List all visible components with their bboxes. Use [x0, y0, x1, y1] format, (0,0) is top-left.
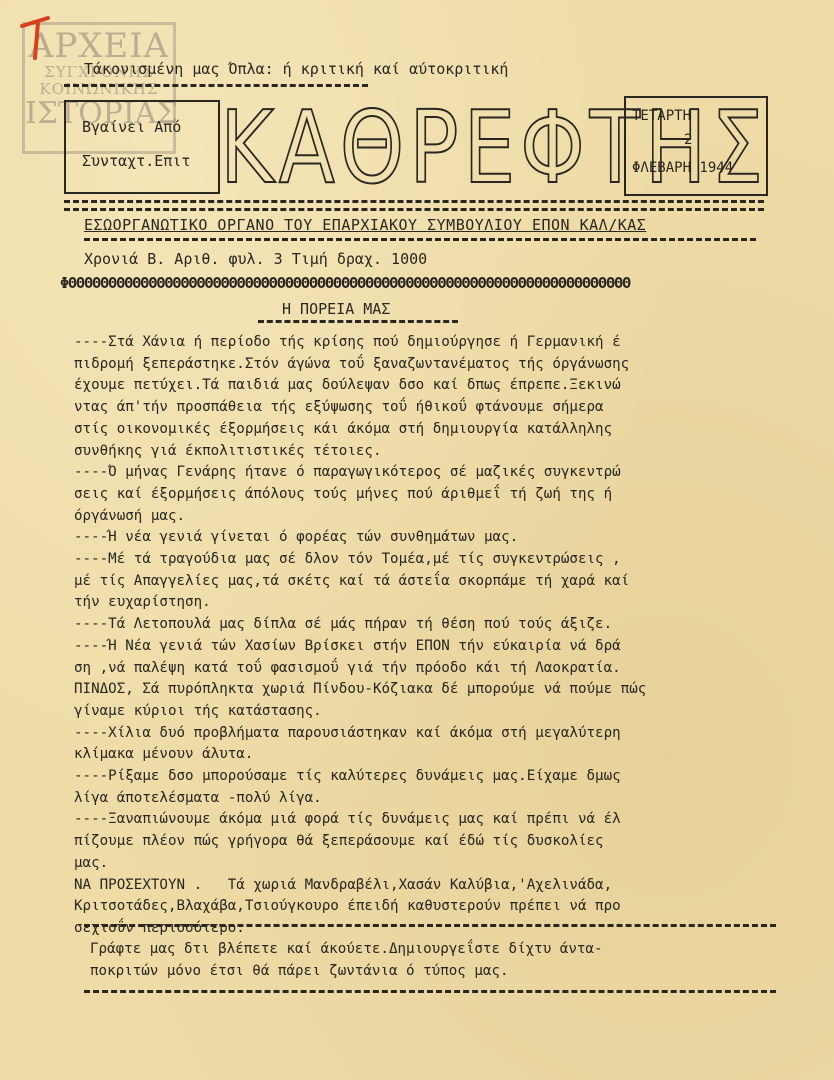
article-line: γίναμε κύριοι τής κατάστασης.	[74, 701, 774, 723]
article-line: ----Ή Νέα γενιά τών Χασίων Βρίσκει στήν …	[74, 636, 774, 658]
article-title: Η ΠΟΡΕΙΑ ΜΑΣ	[282, 300, 390, 318]
article-line: ----Ή νέα γενιά γίνεται ό φορέας τών συν…	[74, 527, 774, 549]
article-line: έχουμε πετύχει.Τά παιδιά μας δούλεψαν δσ…	[74, 375, 774, 397]
article-line: ----Ρίξαμε δσο μπορούσαμε τίς καλύτερες …	[74, 766, 774, 788]
title-underline	[258, 320, 458, 323]
article-line: ----Στά Χάνια ή περίοδο τής κρίσης πού δ…	[74, 332, 774, 354]
article-line: ----Ξαναπιώνουμε άκόμα μιά φορά τίς δυνά…	[74, 809, 774, 831]
publisher-line-1: Βγαίνει Από	[82, 118, 181, 136]
article-line: στίς οικονομικές έξορμήσεις κάι άκόμα στ…	[74, 419, 774, 441]
article-line: μέ τίς Απαγγελίες μας,τά σκέτς καί τά άσ…	[74, 571, 774, 593]
divider	[84, 238, 756, 241]
divider	[64, 208, 764, 211]
article-line: μας.	[74, 853, 774, 875]
article-line: ----Τά Λετοπουλά μας δίπλα σέ μάς πήραν …	[74, 614, 774, 636]
article-line: ΠΙΝΔΟΣ, Σά πυρόπληκτα χωριά Πίνδου-Κόζια…	[74, 679, 774, 701]
article-line: συνθήκης γιά έκπολιτιστικές τέτοιες.	[74, 441, 774, 463]
article-line: πίζουμε πλέον πώς γρήγορα θά ξεπεράσουμε…	[74, 831, 774, 853]
date-month-year: ΦΛΕΒΑΡΗ 1944	[632, 160, 772, 176]
article-line: ----Μέ τά τραγούδια μας σέ δλον τόν Τομέ…	[74, 549, 774, 571]
divider	[84, 924, 776, 927]
article-line: πιδρομή ξεπεράστηκε.Στόν άγώνα τοΰ ξαναζ…	[74, 354, 774, 376]
article-line: λίγα άποτελέσματα -πολύ λίγα.	[74, 788, 774, 810]
publisher-line-2: Συνταχτ.Επιτ	[82, 152, 190, 170]
divider	[64, 200, 764, 203]
article-body: ----Στά Χάνια ή περίοδο τής κρίσης πού δ…	[74, 332, 774, 940]
article-line: σεχτοΰν περισσότερο.	[74, 918, 774, 940]
ornamental-border: ΦΘΘΘΘΘΘΘΘΘΘΘΘΘΘΘΘΘΘΘΘΘΘΘΘΘΘΘΘΘΘΘΘΘΘΘΘΘΘΘ…	[60, 274, 630, 292]
footer-line: Γράφτε μας δτι βλέπετε καί άκούετε.Δημιο…	[90, 938, 780, 960]
article-line: Κριτσοτάδες,Βλαχάβα,Τσιούγκουρο έπειδή κ…	[74, 896, 774, 918]
footer-line: ποκριτών μόνο έτσι θά πάρει ζωντάνια ό τ…	[90, 960, 780, 982]
publication-subtitle: ΕΣΩΟΡΓΑΝΩΤΙΚΟ ΟΡΓΑΝΟ ΤΟΥ ΕΠΑΡΧΙΑΚΟΥ ΣΥΜΒ…	[84, 216, 646, 234]
date-day: 2	[684, 132, 692, 148]
date-weekday: ΤΕΤΑΡΤΗ	[632, 108, 772, 124]
article-line: ----Ό μήνας Γενάρης ήτανε ό παραγωγικότε…	[74, 462, 774, 484]
motto-line: Τάκονισμένη μας Όπλα: ή κριτική καί αύτο…	[84, 60, 508, 78]
article-line: σεις καί έξορμήσεις άπόλους τούς μήνες π…	[74, 484, 774, 506]
footer-note: Γράφτε μας δτι βλέπετε καί άκούετε.Δημιο…	[90, 938, 780, 982]
divider	[64, 84, 368, 87]
issue-info: Χρονιά Β. Αριθ. φυλ. 3 Τιμή δραχ. 1000	[84, 250, 427, 268]
article-line: ΝΑ ΠΡΟΣΕΧΤΟΥΝ . Τά χωριά Μανδραβέλι,Χασά…	[74, 875, 774, 897]
article-line: όργάνωσή μας.	[74, 506, 774, 528]
newspaper-page: ΑΡΧΕΙΑ ΣΥΓΧΡΟΝΗΣ ΚΟΙΝΩΝΙΚΗΣ ΙΣΤΟΡΙΑΣ Τάκ…	[0, 0, 834, 1080]
article-line: ----Χίλια δυό προβλήματα παρουσιάστηκαν …	[74, 723, 774, 745]
date-box: ΤΕΤΑΡΤΗ 2 ΦΛΕΒΑΡΗ 1944	[624, 96, 768, 196]
article-line: τήν ευχαρίστηση.	[74, 592, 774, 614]
red-pencil-mark-icon	[18, 14, 58, 64]
divider	[84, 990, 776, 993]
publisher-box: Βγαίνει Από Συνταχτ.Επιτ	[64, 100, 220, 194]
article-line: κλίμακα μένουν άλυτα.	[74, 744, 774, 766]
article-line: ση ,νά παλέψη κατά τοΰ φασισμοΰ γιά τήν …	[74, 658, 774, 680]
article-line: ντας άπ'τήν προσπάθεια τής εξύψωσης τοΰ …	[74, 397, 774, 419]
